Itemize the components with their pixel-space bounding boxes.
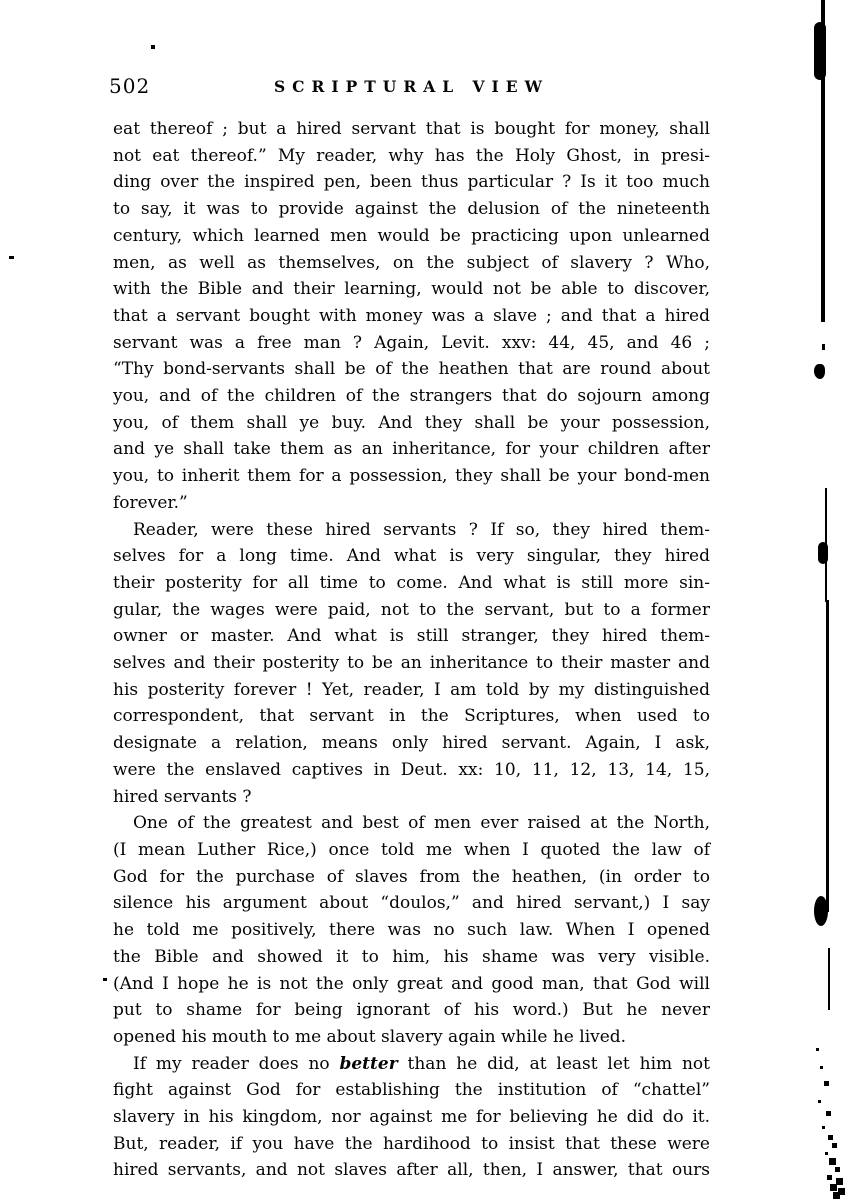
text-line: correspondent, that servant in the Scrip… xyxy=(113,703,710,730)
running-head: SCRIPTURAL VIEW xyxy=(113,77,710,96)
text-line: were the enslaved captives in Deut. xx: … xyxy=(113,757,710,784)
scan-artifact xyxy=(814,22,826,80)
text-line: that a servant bought with money was a s… xyxy=(113,303,710,330)
scan-artifact xyxy=(828,948,830,1010)
scan-speck xyxy=(103,978,107,981)
text-line: “Thy bond-servants shall be of the heath… xyxy=(113,356,710,383)
text-line: Reader, were these hired servants ? If s… xyxy=(113,517,710,544)
text-line: fight against God for establishing the i… xyxy=(113,1077,710,1104)
text-line: ding over the inspired pen, been thus pa… xyxy=(113,169,710,196)
text-line: hired servants ? xyxy=(113,784,710,811)
paragraph: One of the greatest and best of men ever… xyxy=(113,810,710,1050)
scanned-book-page: 502 SCRIPTURAL VIEW eat thereof ; but a … xyxy=(0,0,845,1200)
scan-artifact xyxy=(822,344,825,350)
text-line: century, which learned men would be prac… xyxy=(113,223,710,250)
text-line: selves and their posterity to be an inhe… xyxy=(113,650,710,677)
text-line: designate a relation, means only hired s… xyxy=(113,730,710,757)
text-line: God for the purchase of slaves from the … xyxy=(113,864,710,891)
text-line: slavery in his kingdom, nor against me f… xyxy=(113,1104,710,1131)
text-line: his posterity forever ! Yet, reader, I a… xyxy=(113,677,710,704)
text-line: (I mean Luther Rice,) once told me when … xyxy=(113,837,710,864)
scan-artifact xyxy=(826,600,829,912)
text-line: their posterity for all time to come. An… xyxy=(113,570,710,597)
scan-artifact xyxy=(814,364,825,379)
text-line: opened his mouth to me about slavery aga… xyxy=(113,1024,710,1051)
text-line: gular, the wages were paid, not to the s… xyxy=(113,597,710,624)
text-line: men, as well as themselves, on the subje… xyxy=(113,250,710,277)
text-line: One of the greatest and best of men ever… xyxy=(113,810,710,837)
text-line: If my reader does no better than he did,… xyxy=(113,1051,710,1078)
text-segment: If my reader does no xyxy=(133,1054,339,1074)
text-line: you, and of the children of the stranger… xyxy=(113,383,710,410)
text-line: with the Bible and their learning, would… xyxy=(113,276,710,303)
text-line: hired servants, and not slaves after all… xyxy=(113,1157,710,1184)
text-line: forever.” xyxy=(113,490,710,517)
text-line: But, reader, if you have the hardihood t… xyxy=(113,1131,710,1158)
scan-artifact xyxy=(818,542,828,564)
scan-artifact xyxy=(814,896,828,926)
text-line: you, of them shall ye buy. And they shal… xyxy=(113,410,710,437)
text-line: owner or master. And what is still stran… xyxy=(113,623,710,650)
italic-text: better xyxy=(339,1054,397,1074)
text-line: selves for a long time. And what is very… xyxy=(113,543,710,570)
text-line: the Bible and showed it to him, his sham… xyxy=(113,944,710,971)
paragraph: If my reader does no better than he did,… xyxy=(113,1051,710,1185)
text-line: you, to inherit them for a possession, t… xyxy=(113,463,710,490)
scan-speck xyxy=(151,45,155,49)
text-line: eat thereof ; but a hired servant that i… xyxy=(113,116,710,143)
text-line: silence his argument about “doulos,” and… xyxy=(113,890,710,917)
text-line: to say, it was to provide against the de… xyxy=(113,196,710,223)
paragraph: Reader, were these hired servants ? If s… xyxy=(113,517,710,811)
text-line: and ye shall take them as an inheritance… xyxy=(113,436,710,463)
text-line: he told me positively, there was no such… xyxy=(113,917,710,944)
scan-speck xyxy=(9,256,14,259)
text-line: put to shame for being ignorant of his w… xyxy=(113,997,710,1024)
paragraph: eat thereof ; but a hired servant that i… xyxy=(113,116,710,517)
text-line: (And I hope he is not the only great and… xyxy=(113,971,710,998)
text-segment: than he did, at least let him not xyxy=(398,1054,710,1074)
text-line: servant was a free man ? Again, Levit. x… xyxy=(113,330,710,357)
page-body: eat thereof ; but a hired servant that i… xyxy=(113,116,710,1184)
text-line: not eat thereof.” My reader, why has the… xyxy=(113,143,710,170)
scan-speck-cluster xyxy=(816,1048,819,1051)
